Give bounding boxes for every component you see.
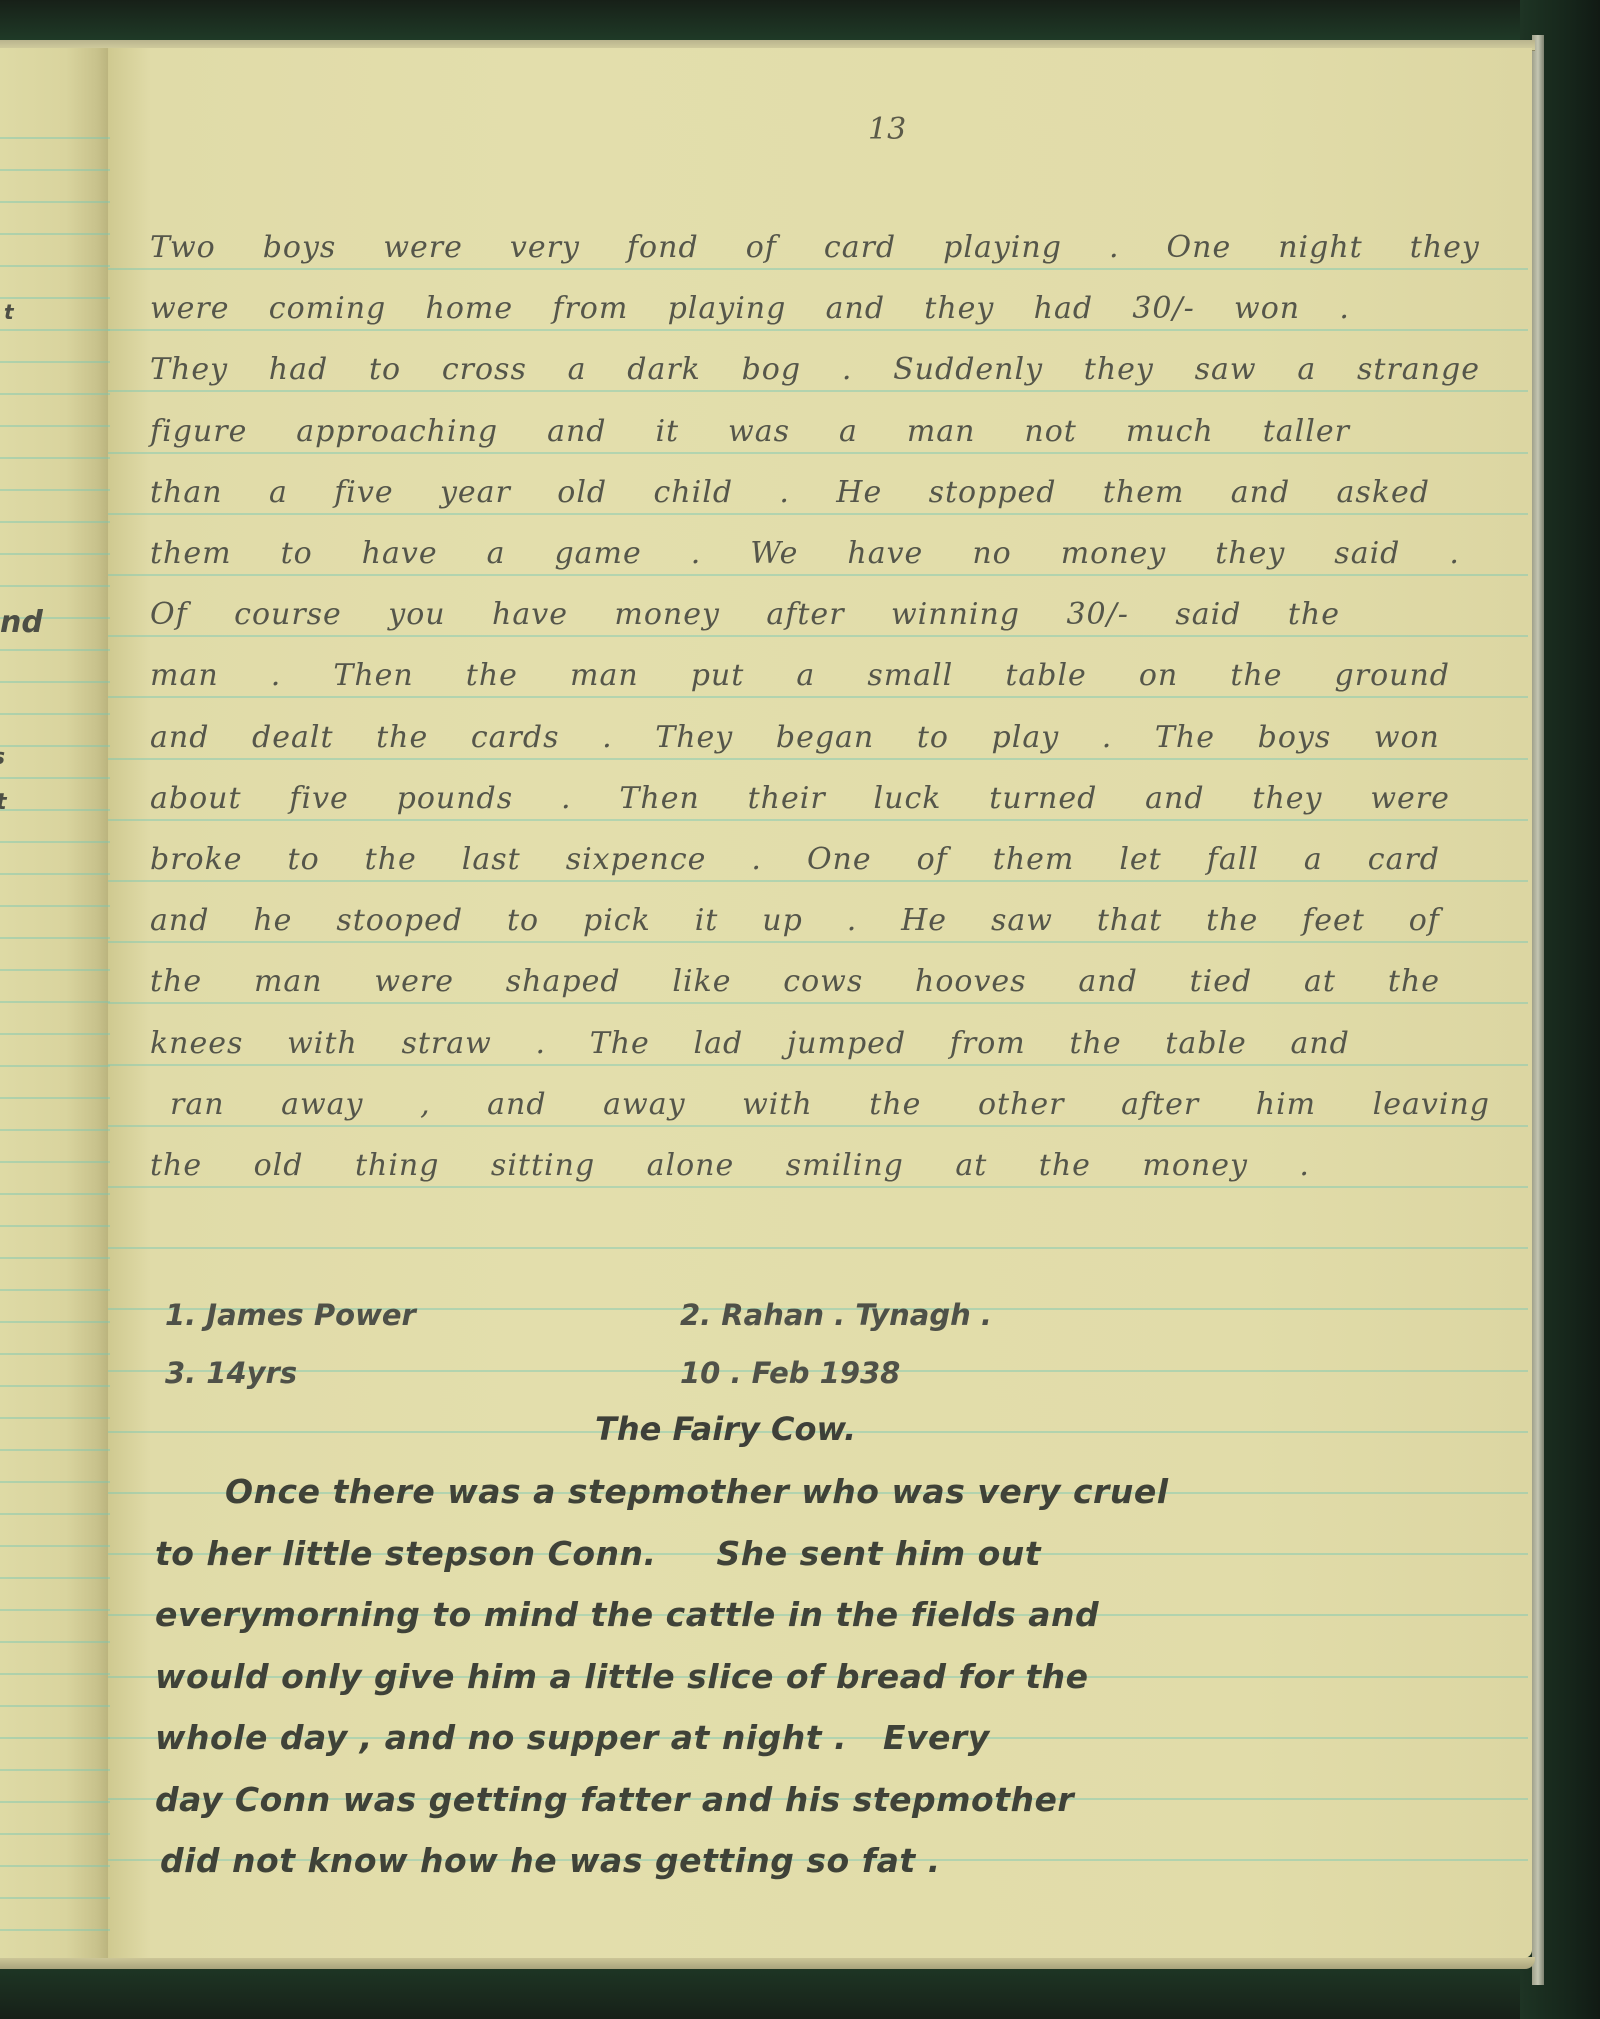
story-word: and [1231,475,1290,510]
story-word: of [746,230,777,265]
story-word: from [552,291,628,326]
story-word: 30/- [1066,597,1128,632]
ruled-line [0,905,110,907]
story-word: not [1024,414,1076,449]
story-word: they [1252,781,1322,816]
story-line: Theyhadtocrossadarkbog.Suddenlytheysawas… [150,352,1480,387]
story-line: did not know how he was getting so fat . [160,1841,941,1880]
ruled-line [108,758,1528,760]
story-word: Two [150,230,216,265]
story-word: the [1388,964,1440,999]
story-line: ranaway,andawaywiththeotherafterhimleavi… [170,1087,1490,1122]
story-word: man [254,964,323,999]
story-word: boys [1258,720,1332,755]
story-line: theoldthingsittingalonesmilingatthemoney… [150,1148,1310,1183]
ruled-line [0,169,110,171]
story-word: the [1288,597,1340,632]
story-word: game [554,536,641,571]
story-line: Ofcourseyouhavemoneyafterwinning30/-said… [150,597,1340,632]
story-line: themtohaveagame.Wehavenomoneytheysaid. [150,536,1460,571]
story-word: jumped [787,1026,906,1061]
story-word: that [1097,903,1162,938]
story-word: dealt [252,720,334,755]
ruled-line [0,1673,110,1675]
story-word: and [826,291,885,326]
story-word: man [907,414,976,449]
story-word: stopped [929,475,1057,510]
story-line: day Conn was getting fatter and his step… [155,1780,1074,1819]
story-word: like [672,964,731,999]
ruled-line [0,1161,110,1163]
story-word: The [590,1026,650,1061]
story-word: were [383,230,463,265]
page-edge-bottom [0,1957,1535,1969]
ruled-line [0,393,110,395]
story-word: other [978,1087,1065,1122]
ruled-line [108,329,1528,331]
ruled-line [0,1801,110,1803]
story-word: strange [1357,352,1480,387]
ruled-line [0,1737,110,1739]
story-title-fairy-cow: The Fairy Cow. [595,1410,856,1448]
story-line: would only give him a little slice of br… [155,1657,1088,1696]
story-word: last [462,842,521,877]
ruled-line [0,1321,110,1323]
story-word: luck [874,781,942,816]
story-word: winning [891,597,1020,632]
story-word: were [150,291,230,326]
story-word: old [254,1148,304,1183]
story-word: dark [627,352,701,387]
ruled-line [0,521,110,523]
story-word: and [547,414,606,449]
left-page [0,48,110,1958]
ruled-line [0,425,110,427]
ruled-line [0,1385,110,1387]
ruled-line [0,297,110,299]
story-word: alone [647,1148,735,1183]
story-word: . [1339,291,1350,326]
ruled-line [0,137,110,139]
meta-address: 2. Rahan . Tynagh . [680,1298,992,1332]
story-word: they [1215,536,1285,571]
story-word: cards [471,720,560,755]
story-word: he [253,903,292,938]
story-word: shaped [506,964,621,999]
story-word: night [1278,230,1363,265]
ruled-line [0,841,110,843]
meta-age: 3. 14yrs [165,1356,297,1390]
story-word: the [376,720,428,755]
story-word: bog [742,352,801,387]
story-word: to [507,903,539,938]
story-word: . [1449,536,1460,571]
story-word: 30/- [1132,291,1194,326]
story-word: and [487,1087,546,1122]
story-word: have [847,536,923,571]
story-word: it [655,414,679,449]
ruled-line [0,1289,110,1291]
story-line: thanafiveyearoldchild.Hestoppedthemandas… [150,475,1430,510]
story-word: sixpence [566,842,707,877]
story-word: , [420,1087,431,1122]
ruled-line [0,553,110,555]
story-word: pounds [397,781,514,816]
story-word: stooped [336,903,463,938]
story-word: of [1409,903,1440,938]
story-word: away [281,1087,363,1122]
left-page-fragment: nd [0,605,43,640]
story-word: with [742,1087,813,1122]
story-line: kneeswithstraw.Theladjumpedfromthetablea… [150,1026,1350,1061]
story-word: a [269,475,288,510]
story-word: turned [989,781,1097,816]
story-word: child [654,475,734,510]
story-word: old [557,475,607,510]
ruled-line [0,1929,110,1931]
story-word: ground [1335,658,1450,693]
ruled-line [0,233,110,235]
story-word: tied [1190,964,1253,999]
story-word: man [150,658,219,693]
ruled-line [108,696,1528,698]
story-word: fall [1207,842,1259,877]
ruled-line [108,452,1528,454]
story-word: after [1121,1087,1199,1122]
story-word: money [1142,1148,1248,1183]
story-line: themanwereshapedlikecowshoovesandtiedatt… [150,964,1440,999]
story-word: card [824,230,896,265]
story-word: and [150,720,209,755]
ruled-line [0,1865,110,1867]
story-word: lad [694,1026,744,1061]
story-word: . [1109,230,1120,265]
story-word: were [1370,781,1450,816]
story-word: He [836,475,882,510]
story-word: a [839,414,858,449]
story-line: figureapproachinganditwasamannotmuchtall… [150,414,1350,449]
story-word: One [1167,230,1232,265]
ruled-line [108,880,1528,882]
story-word: very [510,230,580,265]
story-word: year [440,475,511,510]
story-word: and [150,903,209,938]
story-word: card [1368,842,1440,877]
story-word: it [695,903,719,938]
story-word: He [901,903,947,938]
story-word: coming [269,291,386,326]
ruled-line [0,1769,110,1771]
meta-name: 1. James Power [165,1298,416,1332]
story-word: figure [150,414,247,449]
story-word: the [1206,903,1258,938]
story-word: The [1155,720,1215,755]
ruled-line [0,1225,110,1227]
story-word: about [150,781,242,816]
story-word: Then [333,658,413,693]
story-word: . [847,903,858,938]
story-word: and [1290,1026,1349,1061]
story-word: knees [150,1026,243,1061]
story-word: . [751,842,762,877]
ruled-line [0,1033,110,1035]
ruled-line [0,1353,110,1355]
ruled-line [0,873,110,875]
ruled-line [0,1001,110,1003]
ruled-line [108,513,1528,515]
story-word: to [369,352,401,387]
story-word: a [487,536,506,571]
story-word: leaving [1373,1087,1490,1122]
story-word: approaching [296,414,498,449]
ruled-line [0,1577,110,1579]
ruled-line [108,941,1528,943]
story-word: from [950,1026,1026,1061]
story-word: won [1234,291,1300,326]
story-line: broketothelastsixpence.Oneofthemletfalla… [150,842,1440,877]
story-word: away [603,1087,685,1122]
story-word: taller [1263,414,1350,449]
story-word: . [1102,720,1113,755]
ruled-line [0,1097,110,1099]
ruled-line [108,1125,1528,1127]
ruled-line [0,649,110,651]
story-word: five [289,781,348,816]
story-word: a [796,658,815,693]
story-word: they [1410,230,1480,265]
story-word: the [466,658,518,693]
story-word: their [748,781,826,816]
story-word: . [1299,1148,1310,1183]
ruled-line [0,585,110,587]
ruled-line [0,1193,110,1195]
story-line: everymorning to mind the cattle in the f… [155,1595,1099,1634]
story-word: began [776,720,874,755]
story-word: table [1165,1026,1247,1061]
ruled-line [0,1545,110,1547]
story-word: money [1061,536,1167,571]
story-word: was [728,414,790,449]
story-word: straw [401,1026,491,1061]
meta-date: 10 . Feb 1938 [680,1356,900,1390]
story-word: . [271,658,282,693]
ruled-line [108,1064,1528,1066]
story-word: Of [150,597,188,632]
ruled-line [0,1513,110,1515]
story-word: to [917,720,949,755]
story-word: ran [170,1087,225,1122]
story-word: than [150,475,223,510]
ruled-line [0,1897,110,1899]
ruled-line [108,268,1528,270]
story-word: at [1304,964,1336,999]
story-word: man [570,658,639,693]
ruled-line [0,937,110,939]
story-word: They [150,352,228,387]
page-number: 13 [868,112,906,147]
story-line: aboutfivepounds.Thentheirluckturnedandth… [150,781,1450,816]
story-word: no [972,536,1011,571]
story-word: won [1374,720,1440,755]
ruled-line [108,635,1528,637]
story-word: smiling [786,1148,904,1183]
ruled-line [0,1609,110,1611]
ruled-line [0,457,110,459]
story-word: a [1297,352,1316,387]
story-word: cross [442,352,527,387]
story-word: said [1334,536,1400,571]
story-word: course [234,597,342,632]
story-word: They [655,720,733,755]
story-word: feet [1302,903,1365,938]
story-word: the [1230,658,1282,693]
story-word: up [762,903,803,938]
ruled-line [0,681,110,683]
story-word: the [365,842,417,877]
story-word: them [993,842,1075,877]
ruled-line [108,819,1528,821]
story-line: to her little stepson Conn. She sent him… [155,1534,1041,1573]
story-word: the [1039,1148,1091,1183]
story-word: small [867,658,953,693]
story-word: We [750,536,798,571]
story-word: they [1084,352,1154,387]
ruled-line [0,265,110,267]
story-word: put [691,658,745,693]
story-word: saw [1195,352,1257,387]
story-word: table [1005,658,1087,693]
ruled-line [0,1257,110,1259]
story-word: on [1139,658,1178,693]
story-line: werecominghomefromplayingandtheyhad30/-w… [150,291,1350,326]
story-word: a [1304,842,1323,877]
ruled-line [108,1247,1528,1249]
story-word: were [374,964,454,999]
story-word: and [1145,781,1204,816]
story-word: saw [991,903,1053,938]
story-word: . [842,352,853,387]
story-word: cows [783,964,863,999]
story-word: boys [263,230,337,265]
story-word: you [388,597,445,632]
page-stack-edge [1532,35,1544,1985]
story-word: sitting [491,1148,595,1183]
ruled-line [0,1449,110,1451]
story-line: whole day , and no supper at night . Eve… [155,1718,990,1757]
story-word: with [287,1026,358,1061]
story-word: asked [1337,475,1430,510]
ruled-line [0,969,110,971]
ruled-line [0,745,110,747]
left-page-fragment: t [0,790,7,815]
story-word: play [992,720,1060,755]
ruled-line [108,390,1528,392]
story-word: after [766,597,844,632]
story-word: the [150,964,202,999]
story-word: had [1034,291,1093,326]
story-word: they [924,291,994,326]
story-word: at [955,1148,987,1183]
ruled-line [0,1129,110,1131]
ruled-line [108,1002,1528,1004]
ruled-line [0,1481,110,1483]
ruled-line [0,361,110,363]
story-line: Once there was a stepmother who was very… [225,1472,1169,1511]
story-line: man.Thenthemanputasmalltableontheground [150,658,1450,693]
story-word: had [269,352,328,387]
story-word: playing [668,291,787,326]
story-word: said [1175,597,1241,632]
story-word: to [281,536,313,571]
story-word: . [561,781,572,816]
ruled-line [108,1186,1528,1188]
story-word: the [150,1148,202,1183]
story-word: . [535,1026,546,1061]
ruled-line [0,1065,110,1067]
story-word: pick [583,903,651,938]
ruled-line [0,809,110,811]
left-page-fragment: t [4,300,14,324]
ruled-line [0,1641,110,1643]
story-word: them [1103,475,1185,510]
ruled-line [108,574,1528,576]
ruled-line [0,1705,110,1707]
story-word: to [288,842,320,877]
story-word: money [614,597,720,632]
story-line: anddealtthecards.Theybegantoplay.Theboys… [150,720,1440,755]
story-line: Twoboyswereveryfondofcardplaying.Onenigh… [150,230,1480,265]
story-word: playing [943,230,1062,265]
story-word: much [1126,414,1214,449]
story-word: have [492,597,568,632]
story-word: thing [355,1148,440,1183]
story-word: broke [150,842,243,877]
ruled-line [0,713,110,715]
story-word: them [150,536,232,571]
story-word: a [568,352,587,387]
story-word: the [1069,1026,1121,1061]
ruled-line [0,1833,110,1835]
story-word: him [1256,1087,1316,1122]
story-word: the [869,1087,921,1122]
left-page-fragment: s [0,745,5,770]
ruled-line [0,201,110,203]
story-word: fond [627,230,699,265]
story-word: of [917,842,948,877]
story-word: hooves [915,964,1027,999]
ruled-line [0,777,110,779]
story-word: and [1078,964,1137,999]
story-word: Suddenly [893,352,1043,387]
story-line: andhestoopedtopickitup.Hesawthatthefeeto… [150,903,1440,938]
story-word: home [426,291,514,326]
story-word: . [779,475,790,510]
story-word: . [602,720,613,755]
story-word: Then [619,781,699,816]
story-word: five [334,475,393,510]
story-word: let [1119,842,1161,877]
story-word: have [362,536,438,571]
ruled-line [0,1417,110,1419]
ruled-line [0,489,110,491]
story-word: . [691,536,702,571]
ruled-line [0,329,110,331]
story-word: One [807,842,872,877]
